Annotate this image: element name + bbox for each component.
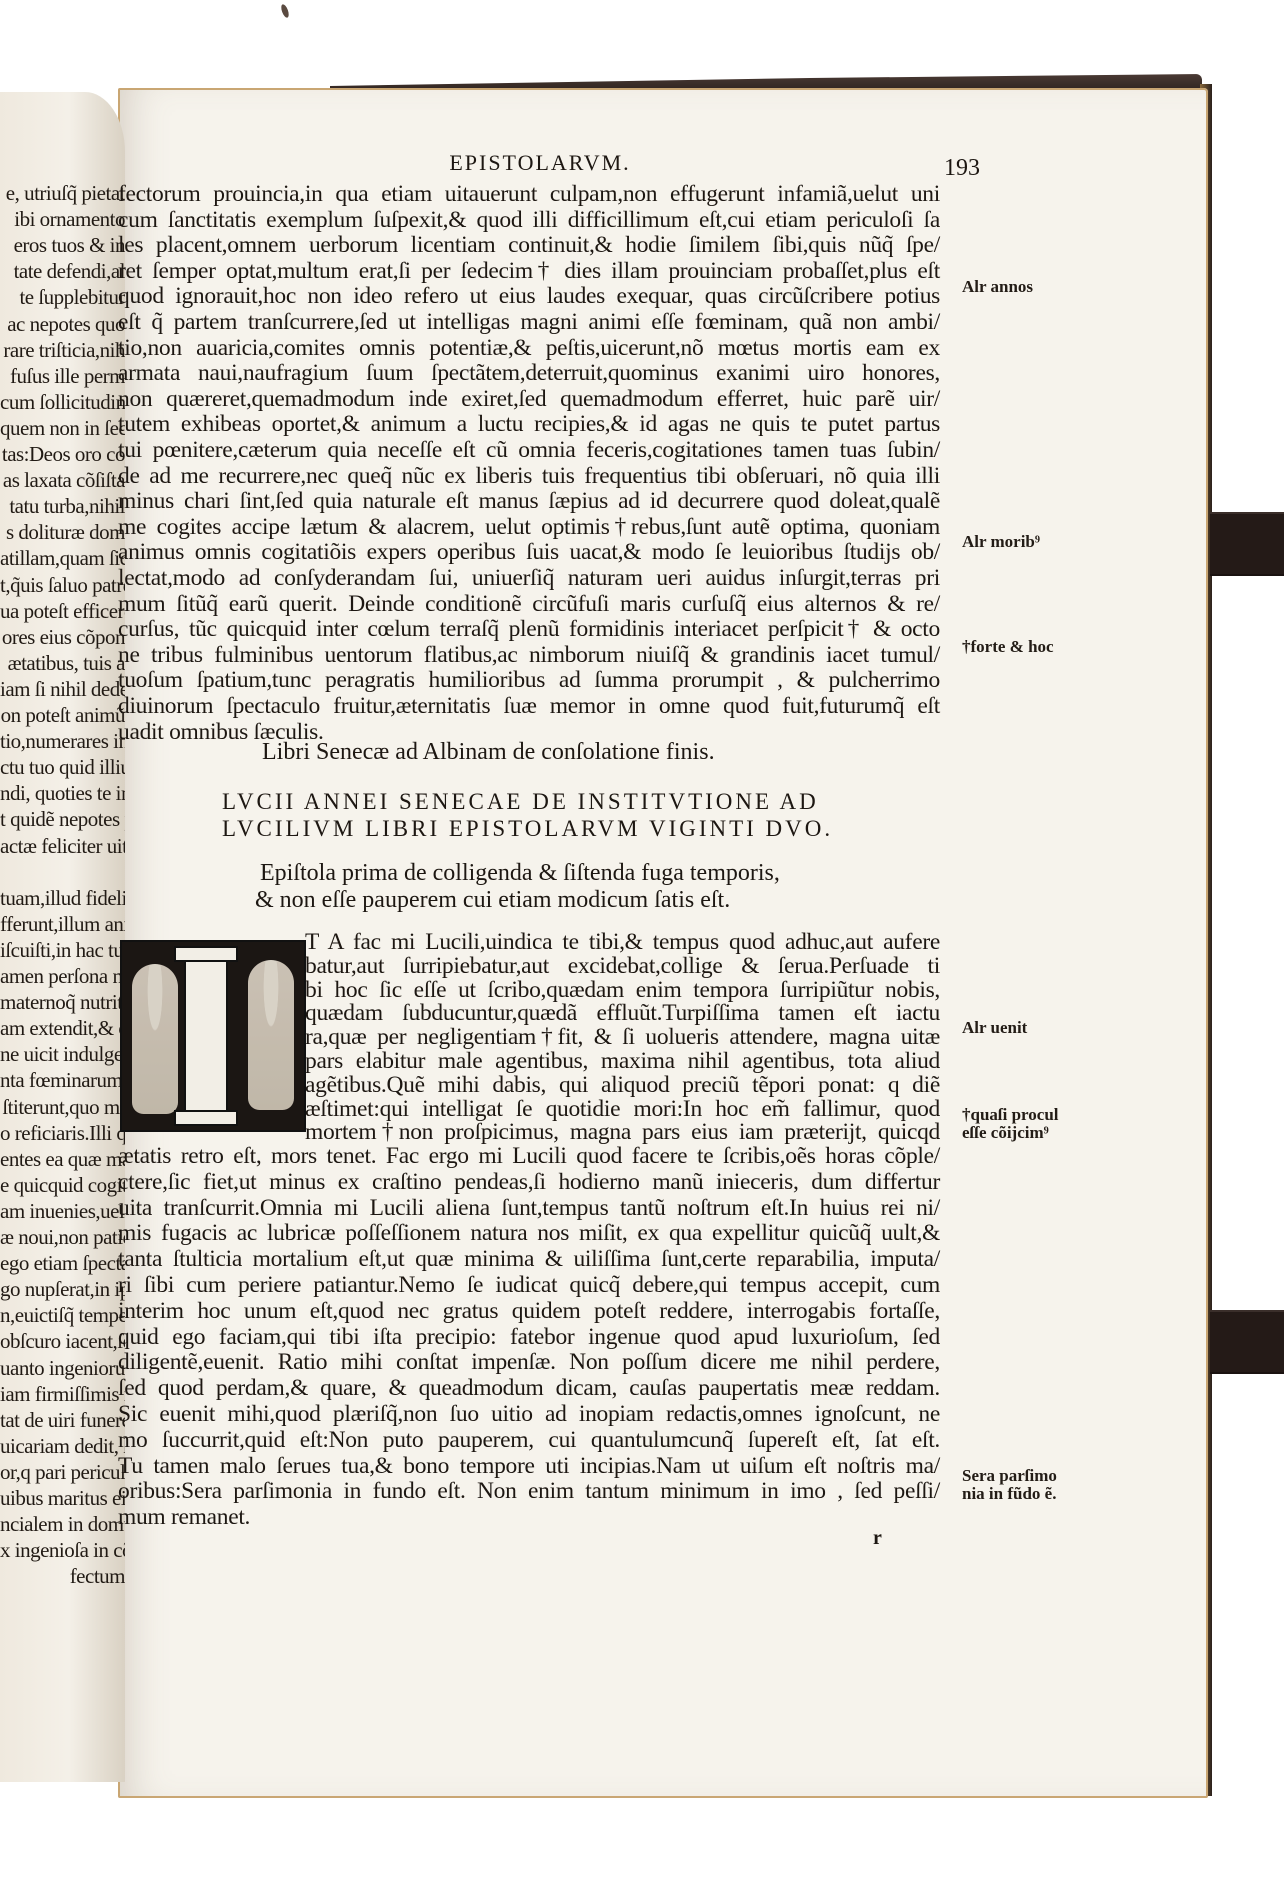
margin-note-2: Alr morib⁹ [962, 533, 1040, 551]
text-line: oribus:Sera parſimonia in fundo eſt. Non… [118, 1478, 940, 1505]
work-title-line-1: LVCII ANNEI SENECAE DE INSTITVTIONE AD [222, 789, 819, 815]
left-page-line: fectum [0, 1563, 125, 1589]
left-page-line: ætatibus, tuis a [0, 650, 125, 676]
text-line: les placent,omnem uerborum licentiam con… [118, 232, 940, 259]
left-page-line: s dolituræ dom [0, 519, 125, 545]
text-line: ætatis retro eſt, mors tenet. Fac ergo m… [118, 1143, 940, 1170]
text-line: cum ſanctitatis exemplum ſuſpexit,& quod… [118, 207, 940, 234]
left-page-line: æ noui,non patietu [0, 1224, 125, 1250]
left-page-line: tat de uiri funere, [0, 1407, 125, 1433]
left-page-line: e quicquid cogitau [0, 1172, 125, 1198]
text-line: mis fugacis ac lubricæ poſſeſſionem natu… [118, 1220, 940, 1247]
text-line: mo ſuccurrit,quid eſt:Non puto pauperem,… [118, 1427, 940, 1454]
woodcut-initial-I [120, 940, 306, 1132]
text-line: tio,non auaricia,comites omnis potentiæ,… [118, 335, 940, 362]
text-line: tui pœnitere,cæterum quia neceſſe eſt cũ… [118, 437, 940, 464]
left-page-line: amen perſona non [0, 963, 125, 989]
left-page-line: rare triſticia,nih [0, 337, 125, 363]
left-page-line: quem non in ſeci [0, 415, 125, 441]
left-page-line: nta fœminarum p [0, 1067, 125, 1093]
text-line: curſus, tũc quicquid inter cœlum terraſq… [118, 616, 940, 643]
text-line: me cogites accipe lætum & alacrem, uelut… [118, 514, 940, 541]
putto-left-icon [132, 964, 178, 1114]
left-page-line: ncialem in domũ [0, 1511, 125, 1537]
left-page-line: as laxata cõſiſta [0, 467, 125, 493]
left-page-line: am extendit,& qu [0, 1015, 125, 1041]
left-page-line: uanto ingeniorum [0, 1355, 125, 1381]
margin-note-4: Alr uenit [962, 1019, 1027, 1037]
left-page-line: atillam,quam ſic [0, 545, 125, 571]
left-page-line: or,q pari periculo [0, 1459, 125, 1485]
text-line: de ad me recurrere,nec queq̃ nũc ex libe… [118, 463, 940, 490]
text-line: uita tranſcurrit.Omnia mi Lucili aliena … [118, 1195, 940, 1222]
left-page-line: maternoq̃ nutritio [0, 989, 125, 1015]
signature-mark: r [873, 1527, 882, 1550]
left-page-line: obſcuro iacent,ſed [0, 1328, 125, 1354]
text-line: eſt q̃ partem tranſcurrere,ſed ut intell… [118, 309, 940, 336]
work-title-line-2: LVCILIVM LIBRI EPISTOLARVM VIGINTI DVO. [222, 816, 833, 842]
left-page-line: uibus maritus eius [0, 1485, 125, 1511]
text-line: diuinorum ſpectaculo fruitur,æternitatis… [118, 693, 940, 720]
left-page-line: t quidẽ nepotes p [0, 806, 125, 832]
text-line: lectat,modo ad conſyderandam ſui, uniuer… [118, 565, 940, 592]
left-page-line: ego etiam ſpectato [0, 1250, 125, 1276]
left-page-line: tas:Deos oro co [0, 441, 125, 467]
left-page-line: actæ feliciter uita, [0, 833, 125, 859]
text-line: armata naui,naufragium ſuum ſpectãtem,de… [118, 360, 940, 387]
left-page-line: iam ſi nihil deder [0, 676, 125, 702]
left-page-line: tatu turba,nihil [0, 493, 125, 519]
left-page-line: fuſus ille perm [0, 363, 125, 389]
left-page-line: n,euictiſq̃ tempeſta [0, 1302, 125, 1328]
text-line: Tu tamen malo ſerues tua,& bono tempore … [118, 1453, 940, 1480]
text-line: mum ſitũq̃ earũ querit. Deinde condition… [118, 591, 940, 618]
text-line: ne tribus fulminibus uentorum flatibus,a… [118, 642, 940, 669]
text-line: fectorum prouincia,in qua etiam uitaueru… [118, 181, 940, 208]
margin-note-5a: †quaſi procul [962, 1106, 1059, 1124]
left-page-line: go nupſerat,in ipſa [0, 1276, 125, 1302]
left-page-line: te ſupplebitur [0, 284, 125, 310]
text-line: mum remanet. [118, 1504, 940, 1531]
left-page-line: ndi, quoties te im [0, 780, 125, 806]
text-line: animus omnis cogitatiõis expers operibus… [118, 539, 940, 566]
text-line: interim hoc unum eſt,quod nec gratus qui… [118, 1298, 940, 1325]
margin-note-6b: nia in fũdo ẽ. [962, 1485, 1056, 1503]
text-line: minus chari ſint,ſed quia naturale eſt m… [118, 488, 940, 515]
left-page-line: ſtiterunt,quo mi [0, 1094, 125, 1120]
text-line: ri ſibi cum periere patiantur.Nemo ſe iu… [118, 1272, 940, 1299]
clasp-strap-upper [1210, 512, 1284, 576]
running-head: EPISTOLARVM. [340, 150, 740, 176]
left-page-line: eros tuos & in [0, 232, 125, 258]
left-page-line: fferunt,illum animũ [0, 911, 125, 937]
left-page: e, utriuſq̃ pietatibi ornamentoeros tuos… [0, 92, 125, 1782]
margin-note-5b: eſſe cõijcim⁹ [962, 1124, 1049, 1142]
text-line: tanta ſtulticia mortalium eſt,ut quæ min… [118, 1246, 940, 1273]
left-page-line: on poteſt animũ [0, 702, 125, 728]
epistle-heading-line-2: & non eſſe pauperem cui etiam modicum ſa… [255, 887, 730, 914]
left-page-line: tio,numerares in [0, 728, 125, 754]
margin-note-6a: Sera parſimo [962, 1467, 1057, 1485]
dust-speck [280, 3, 290, 18]
left-page-line: uicariam dedit, ho [0, 1433, 125, 1459]
text-line: diligentẽ,euenit. Ratio mihi conſtat imp… [118, 1349, 940, 1376]
left-page-line: tuam,illud fideliſſimũ [0, 885, 125, 911]
left-page-line: ne uicit indulgent [0, 1041, 125, 1067]
text-line: ret ſemper optat,multum erat,ſi per ſede… [118, 258, 940, 285]
left-page-line: ac nepotes quo [0, 311, 125, 337]
text-line: quod ignorauit,hoc non ideo refero ut ei… [118, 283, 940, 310]
left-page-line: tate defendi,al [0, 258, 125, 284]
left-page-line: entes ea quæ max [0, 1146, 125, 1172]
text-line: ctere,ſic fiet,ut minus ex craſtino pend… [118, 1169, 940, 1196]
left-page-line: ibi ornamento [0, 206, 125, 232]
clasp-strap-lower [1210, 1310, 1284, 1374]
left-page-line: iam firmiſſimis m [0, 1381, 125, 1407]
epistle-heading-line-1: Epiſtola prima de colligenda & ſiſtenda … [260, 860, 780, 887]
left-page-line: am inuenies,uel ſin [0, 1198, 125, 1224]
left-page-line: ua poteſt efficere [0, 598, 125, 624]
text-line: tuoſum ſpatium,tunc peragratis humiliori… [118, 667, 940, 694]
text-line: tutem exhibeas oportet,& animum a luctu … [118, 411, 940, 438]
text-line: ſed quod perdam,& quare, & queadmodum di… [118, 1375, 940, 1402]
explicit-line: Libri Senecæ ad Albinam de conſolatione … [262, 739, 715, 766]
putto-right-icon [248, 960, 294, 1110]
text-line: quid ego faciam,qui tibi iſta precipio: … [118, 1324, 940, 1351]
margin-note-3: †forte & hoc [962, 638, 1054, 656]
left-page-line: o reficiaris.Illi qu [0, 1120, 125, 1146]
left-page-line: iſcuiſti,in hac tu pri [0, 937, 125, 963]
text-line: non quæreret,quemadmodum inde exiret,ſed… [118, 386, 940, 413]
left-page-line: t,q̃uis ſaluo patre [0, 572, 125, 598]
left-page-line: ores eius cõpon [0, 624, 125, 650]
left-page-line: e, utriuſq̃ pietat [0, 180, 125, 206]
initial-letter-I [184, 948, 228, 1124]
text-line: Sic euenit mihi,quod plæriſq̃,non ſuo ui… [118, 1401, 940, 1428]
page-number: 193 [944, 155, 980, 182]
margin-note-1: Alr annos [962, 278, 1033, 296]
left-page-line: cum ſollicitudin [0, 389, 125, 415]
left-page-line: x ingenioſa in cõnum [0, 1537, 125, 1563]
left-page-line: ctu tuo quid illius [0, 754, 125, 780]
